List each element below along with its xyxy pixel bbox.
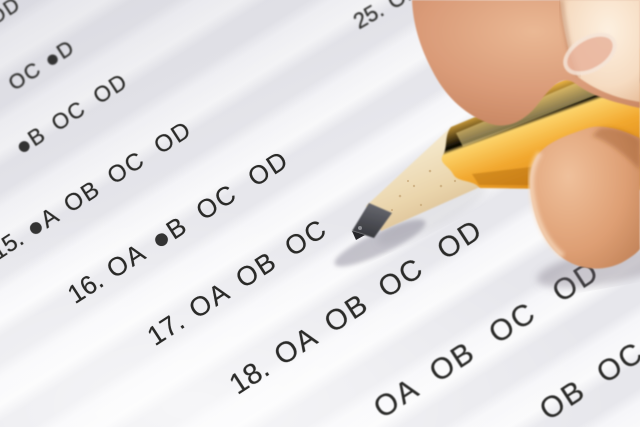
answer-row-q13: OC●D [5, 37, 78, 94]
bubble-q13-D[interactable]: ●D [41, 37, 77, 71]
bubble-q16-C[interactable]: OC [192, 180, 240, 224]
pencil-tip [352, 231, 365, 240]
pencil-facet-shadow [472, 154, 640, 186]
bubble-q19-C[interactable]: OC [484, 299, 540, 350]
question-number: 17. [143, 308, 189, 351]
pencil-barrel [442, 48, 640, 190]
bubble-q20-C[interactable]: OC [592, 338, 640, 389]
bubble-q15-D[interactable]: OD [150, 118, 195, 159]
empty-bubble-icon: O [384, 0, 410, 13]
hand-and-pencil [0, 0, 640, 427]
bubble-q12-D[interactable]: OD [0, 0, 23, 29]
bubble-q18-B[interactable]: OB [320, 290, 373, 338]
bubble-q19-D[interactable]: OD [548, 257, 604, 308]
answer-row-q20: OBOCOD [535, 299, 640, 426]
question-number: 16. [63, 266, 107, 307]
thumb [530, 126, 640, 268]
bubble-q15-C[interactable]: OC [104, 149, 149, 190]
graphite-glint [358, 226, 362, 230]
thumb-rim-highlight [531, 153, 563, 256]
bubble-q14-C[interactable]: OC [48, 98, 89, 135]
wood-speckles [391, 159, 459, 211]
bubble-q17-C[interactable]: OC [280, 216, 330, 262]
answer-row-q12: OD [0, 0, 23, 29]
question-number: 18. [225, 354, 275, 400]
bubble-q14-D[interactable]: OD [90, 71, 131, 108]
pencil-graphite [352, 203, 392, 238]
bubble-q17-B[interactable]: OB [231, 248, 280, 293]
question-number: 25. [350, 0, 387, 33]
bubble-q25-A[interactable]: OA [384, 0, 424, 13]
bubble-q13-C[interactable]: OC [5, 59, 44, 95]
answer-sheet-photo: ODOC●D●BOCOD15.●AOBOCOD16.OA●BOCOD17.OAO… [0, 0, 640, 427]
bubble-q17-A[interactable]: OA [185, 279, 234, 324]
bubble-q18-D[interactable]: OD [433, 216, 487, 265]
bubble-q16-A[interactable]: OA [102, 239, 149, 282]
question-number: 15. [0, 227, 28, 265]
bubble-q19-A[interactable]: OA [369, 374, 423, 424]
bubble-q20-B[interactable]: OB [535, 376, 589, 426]
fingernail [559, 27, 622, 82]
bubble-q18-A[interactable]: OA [270, 323, 323, 371]
answer-row-q25: 25.OA [350, 0, 424, 33]
pencil-wood [366, 128, 480, 231]
bubble-q19-B[interactable]: OB [425, 338, 479, 388]
thumb-barrel-shade [592, 128, 640, 170]
bubble-q14-B[interactable]: ●B [12, 124, 49, 159]
middle-finger [560, 0, 640, 102]
bubble-q15-A[interactable]: ●A [23, 204, 63, 242]
bubble-q16-B[interactable]: ●B [147, 212, 190, 253]
bubble-q16-D[interactable]: OD [243, 147, 291, 191]
bubble-q18-C[interactable]: OC [374, 255, 428, 304]
finger-crease [561, 0, 579, 76]
bubble-q15-B[interactable]: OB [60, 178, 104, 218]
pencil-facet-highlight [456, 56, 640, 147]
index-finger [404, 0, 640, 126]
